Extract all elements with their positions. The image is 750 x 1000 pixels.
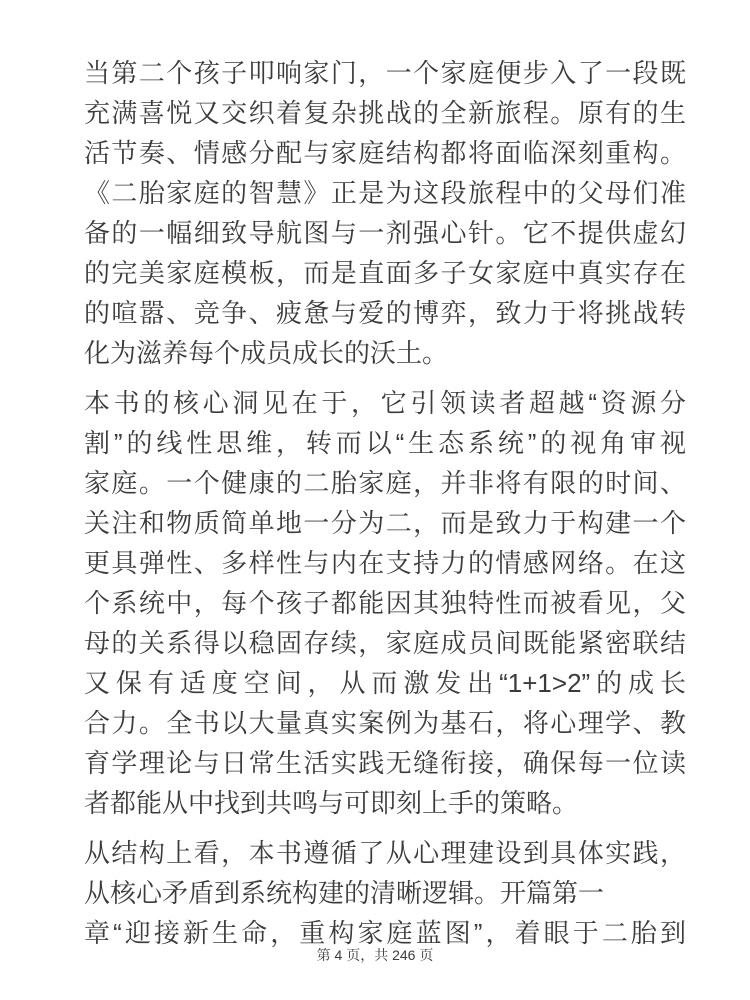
- page-text-block: 当第二个孩子叩响家门，一个家庭便步入了一段既 充满喜悦又交织着复杂挑战的全新旅程…: [84, 53, 686, 963]
- text-line: 又保有适度空间，从而激发出“1+1>2”的成长: [84, 663, 686, 703]
- paragraph-3: 从结构上看，本书遵循了从心理建设到具体实践， 从核心矛盾到系统构建的清晰逻辑。开…: [84, 833, 686, 953]
- text-line: 育学理论与日常生活实践无缝衔接，确保每一位读: [84, 743, 686, 783]
- text-line: 的喧嚣、竞争、疲惫与爱的博弈，致力于将挑战转: [84, 293, 686, 333]
- paragraph-1: 当第二个孩子叩响家门，一个家庭便步入了一段既 充满喜悦又交织着复杂挑战的全新旅程…: [84, 53, 686, 373]
- text-line: 本书的核心洞见在于，它引领读者超越“资源分: [84, 383, 686, 423]
- text-line: 关注和物质简单地一分为二，而是致力于构建一个: [84, 503, 686, 543]
- text-line: 更具弹性、多样性与内在支持力的情感网络。在这: [84, 543, 686, 583]
- text-line: 的完美家庭模板，而是直面多子女家庭中真实存在: [84, 253, 686, 293]
- text-line: 活节奏、情感分配与家庭结构都将面临深刻重构。: [84, 133, 686, 173]
- text-line: 当第二个孩子叩响家门，一个家庭便步入了一段既: [84, 53, 686, 93]
- text-line: 备的一幅细致导航图与一剂强心针。它不提供虚幻: [84, 213, 686, 253]
- text-line: 合力。全书以大量真实案例为基石，将心理学、教: [84, 703, 686, 743]
- text-line: 割”的线性思维，转而以“生态系统”的视角审视: [84, 423, 686, 463]
- text-line: 《二胎家庭的智慧》正是为这段旅程中的父母们准: [84, 173, 686, 213]
- text-line: 者都能从中找到共鸣与可即刻上手的策略。: [84, 783, 686, 823]
- page-number-footer: 第 4 页，共 246 页: [0, 944, 750, 966]
- text-line: 化为滋养每个成员成长的沃土。: [84, 333, 686, 373]
- text-line: 家庭。一个健康的二胎家庭，并非将有限的时间、: [84, 463, 686, 503]
- document-page: 当第二个孩子叩响家门，一个家庭便步入了一段既 充满喜悦又交织着复杂挑战的全新旅程…: [0, 0, 750, 1000]
- text-line: 从结构上看，本书遵循了从心理建设到具体实践，: [84, 833, 686, 873]
- text-line: 充满喜悦又交织着复杂挑战的全新旅程。原有的生: [84, 93, 686, 133]
- text-line: 母的关系得以稳固存续，家庭成员间既能紧密联结: [84, 623, 686, 663]
- paragraph-2: 本书的核心洞见在于，它引领读者超越“资源分 割”的线性思维，转而以“生态系统”的…: [84, 383, 686, 823]
- text-line: 个系统中，每个孩子都能因其独特性而被看见，父: [84, 583, 686, 623]
- text-line: 从核心矛盾到系统构建的清晰逻辑。开篇第一: [84, 873, 686, 913]
